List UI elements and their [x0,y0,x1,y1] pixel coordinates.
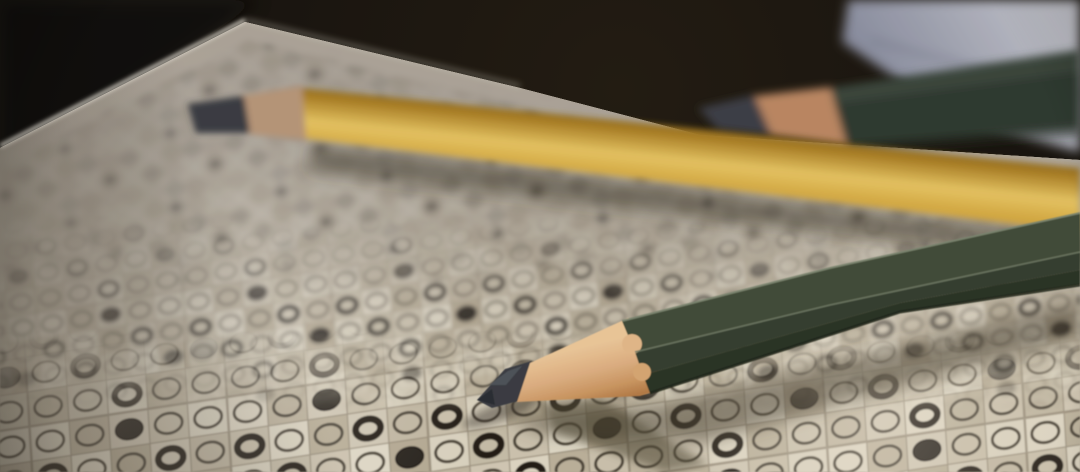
scene-photo [0,0,1080,472]
scene-canvas [0,0,1080,472]
vignette [0,0,1080,472]
